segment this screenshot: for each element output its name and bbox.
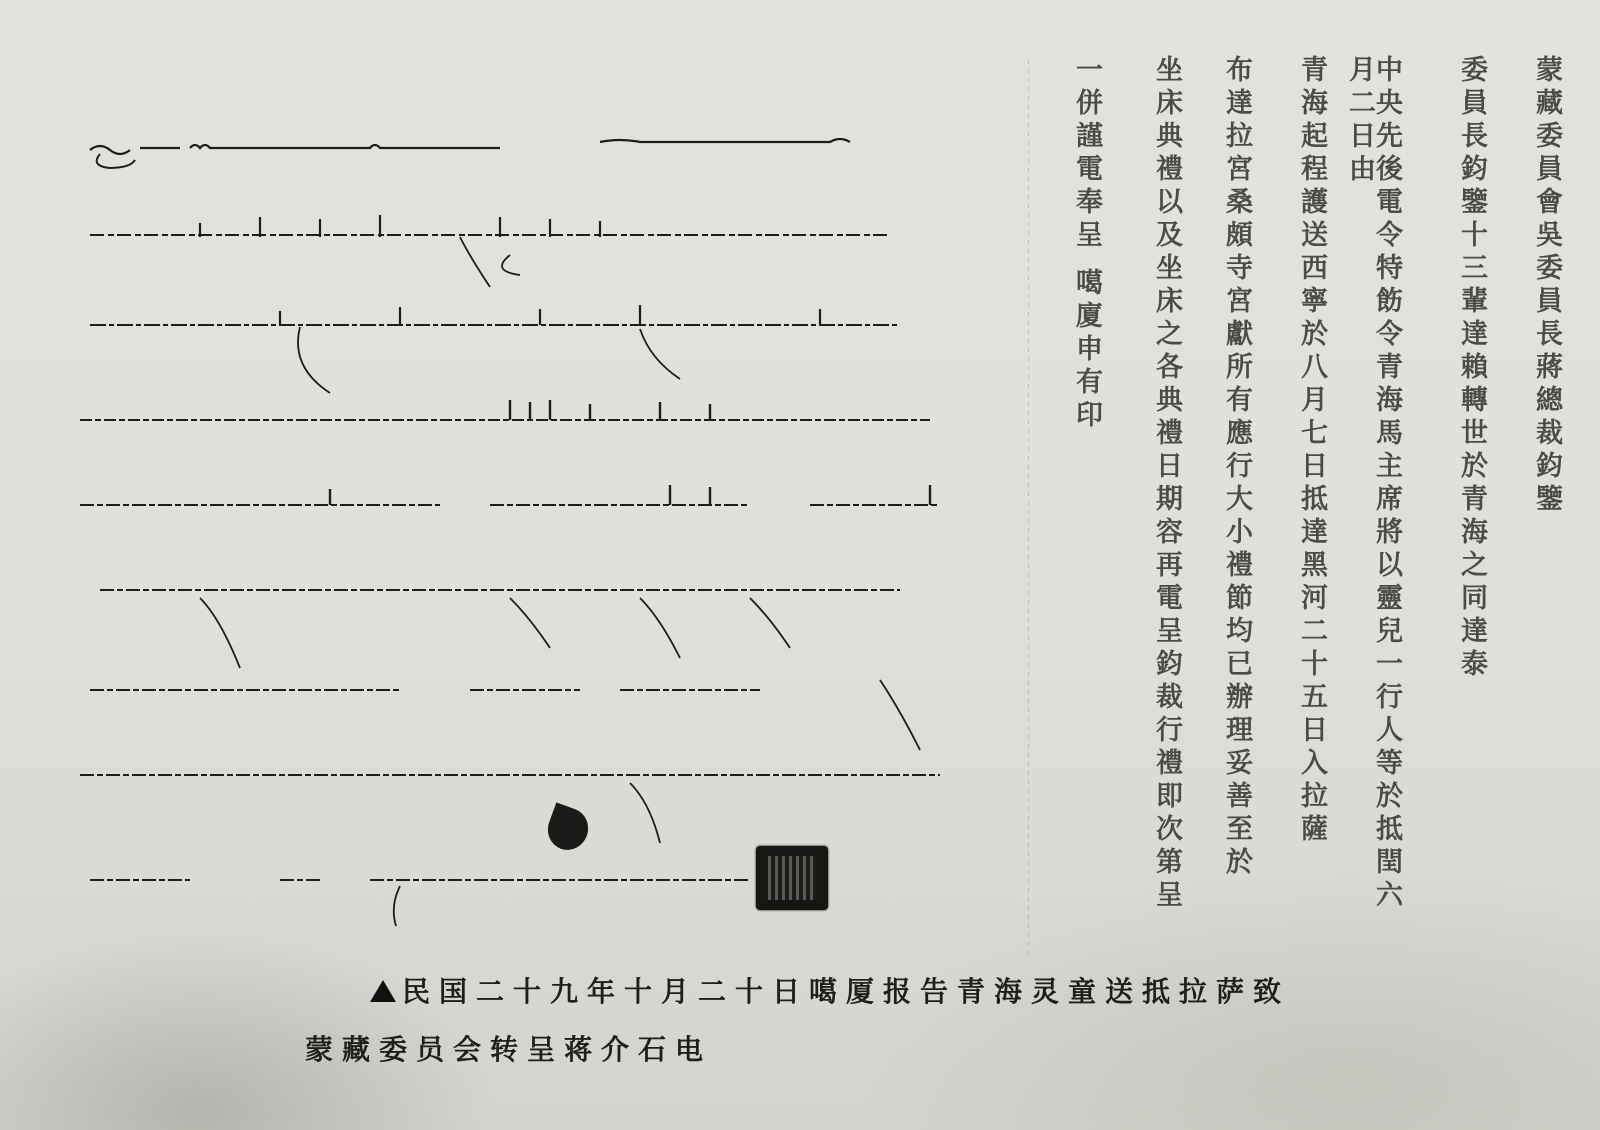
tibetan-line: [70, 755, 950, 795]
square-seal: [756, 846, 828, 910]
chinese-column: 中央先後電令特飭令青海馬主席將以靈兒一行人等於抵閏六月二日由: [1346, 55, 1400, 935]
chinese-column: 坐床典禮以及坐床之各典禮日期容再電呈鈞裁行禮即次第呈: [1153, 55, 1180, 913]
tibetan-line: [80, 305, 920, 345]
chinese-column: 青海起程護送西寧於八月七日抵達黑河二十五日入拉薩: [1298, 55, 1325, 847]
tibetan-line: [80, 215, 920, 255]
chinese-column: 蒙藏委員會吳委員長蔣總裁鈞鑒: [1533, 55, 1560, 517]
tibetan-text-block: [70, 100, 960, 930]
chinese-column: 布達拉宮桑頗寺宮獻所有應行大小禮節均已辦理妥善至於: [1223, 55, 1250, 880]
tibetan-line: [80, 120, 920, 160]
tibetan-line: [90, 570, 950, 610]
fold-line: [1028, 60, 1029, 960]
document-photo: 蒙藏委員會吳委員長蔣總裁鈞鑒 委員長鈞鑒十三輩達賴轉世於青海之同達泰 中央先後電…: [0, 0, 1600, 1130]
triangle-marker-icon: [370, 980, 396, 1002]
chinese-column: 一併謹電奉呈 噶廈申有印: [1073, 55, 1100, 433]
caption-line-1: 民国二十九年十月二十日噶厦报告青海灵童送抵拉萨致: [370, 970, 1290, 1010]
tibetan-line: [70, 400, 940, 440]
caption-line-2: 蒙藏委员会转呈蒋介石电: [305, 1028, 712, 1068]
tibetan-line: [80, 860, 780, 900]
tibetan-line: [80, 670, 940, 710]
chinese-column: 委員長鈞鑒十三輩達賴轉世於青海之同達泰: [1458, 55, 1485, 682]
tibetan-line: [70, 485, 950, 525]
